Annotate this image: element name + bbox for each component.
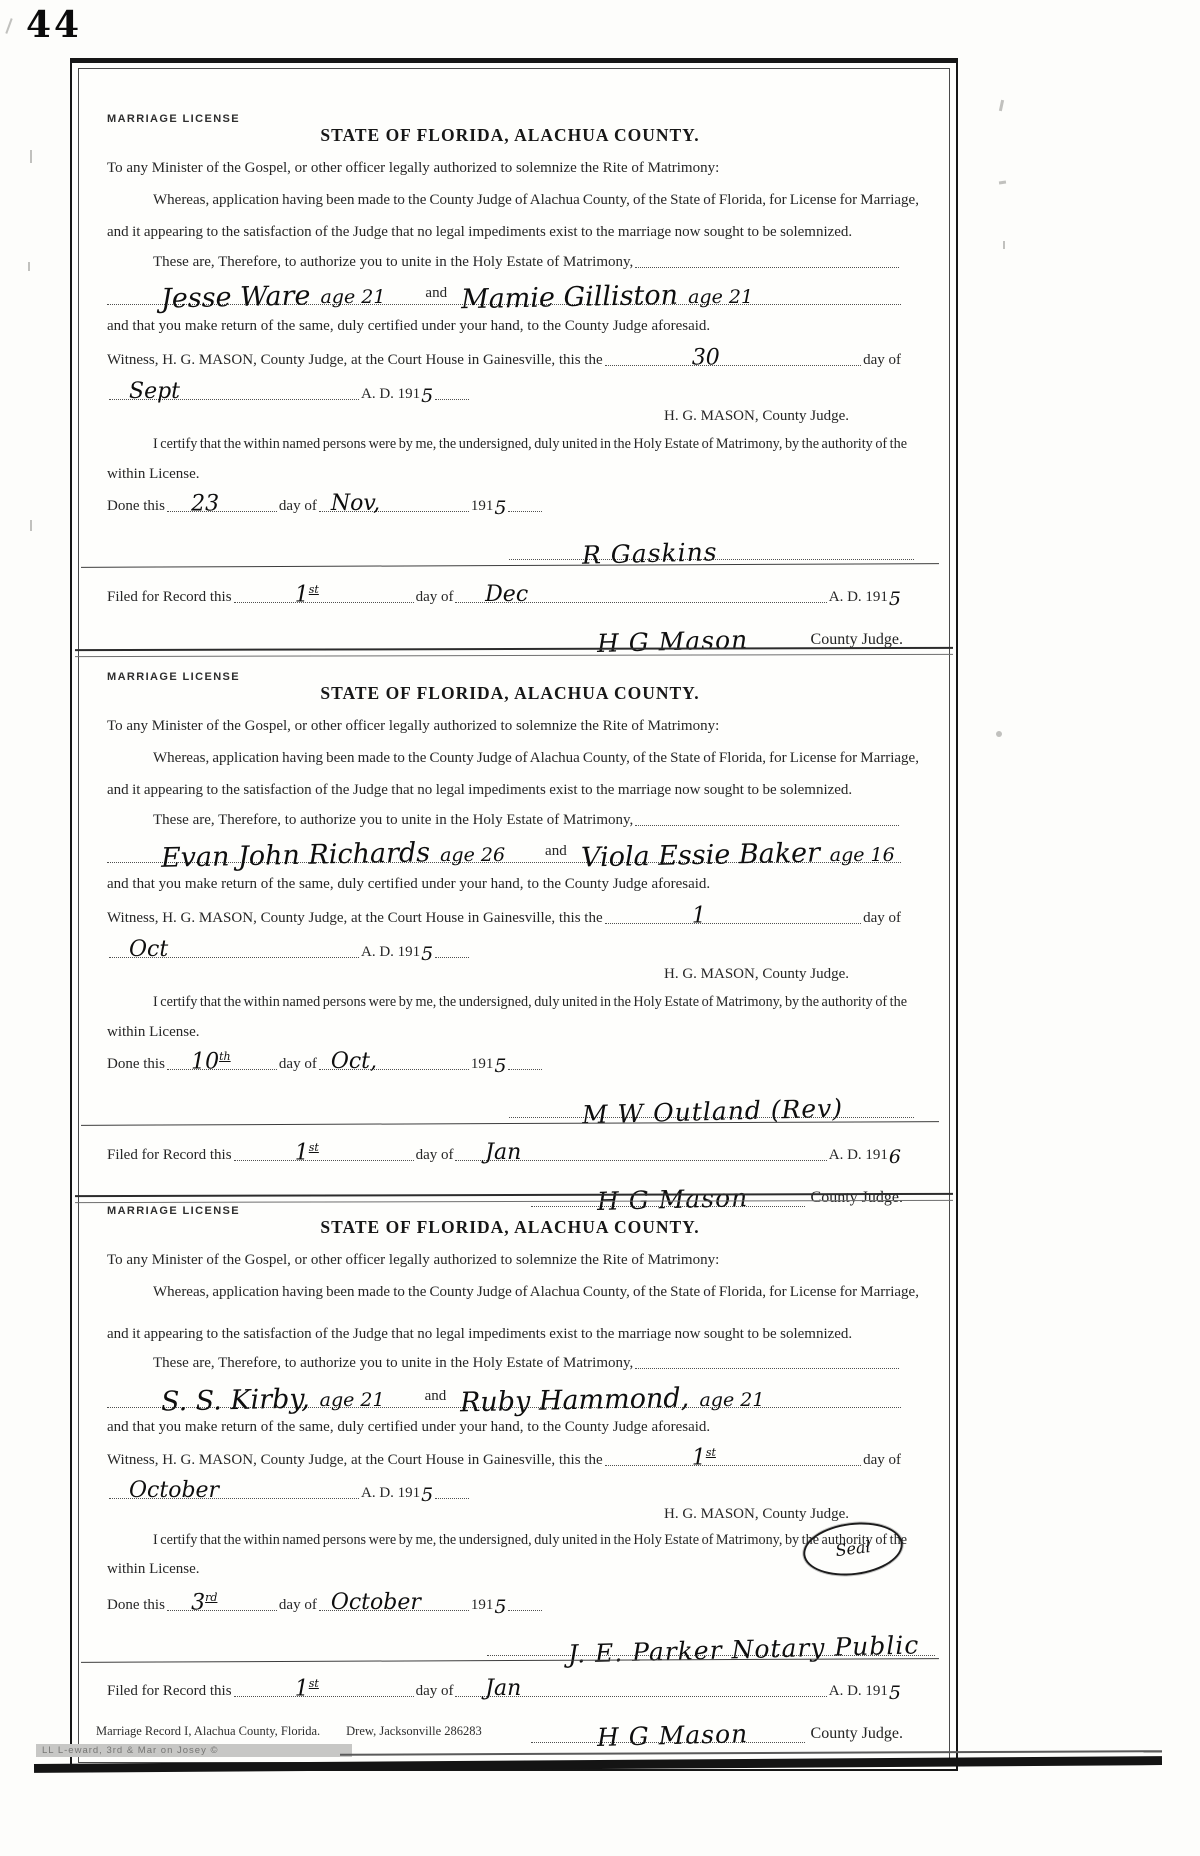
section-rule — [81, 1121, 939, 1126]
day-of-label: day of — [863, 1452, 901, 1469]
done-line: Done this 10th day of Oct, 191 5 — [107, 1056, 577, 1073]
year-label: 191 — [471, 498, 494, 515]
bride-age-handwriting: age 21 — [688, 288, 753, 307]
dotted-rule: 1st — [234, 1155, 414, 1161]
and-connector: and — [425, 285, 447, 302]
dotted-rule: 1 — [605, 918, 861, 924]
filed-month-handwriting: Dec — [485, 584, 528, 606]
license-month-handwriting: Oct — [129, 939, 168, 961]
filed-month-handwriting: Jan — [485, 1678, 521, 1700]
names-line: S. S. Kirby, age 21 and Ruby Hammond, ag… — [107, 1371, 901, 1408]
witness-text: Witness, H. G. MASON, County Judge, at t… — [107, 352, 603, 369]
married-month-handwriting: October — [331, 1592, 421, 1614]
done-this-label: Done this — [107, 498, 165, 515]
witness-line: Witness, H. G. MASON, County Judge, at t… — [107, 352, 901, 369]
certify-line-1: I certify that the within named persons … — [107, 1532, 901, 1549]
clerk-signature-row: H G Mason County Judge. — [531, 1705, 903, 1743]
filed-text: Filed for Record this — [107, 589, 232, 606]
dotted-rule: 23 — [167, 506, 277, 512]
license-year-digit-handwriting: 5 — [421, 387, 433, 406]
license-month-handwriting: Sept — [129, 381, 180, 403]
salutation-line: To any Minister of the Gospel, or other … — [107, 160, 901, 177]
bride-age-handwriting: age 21 — [699, 1391, 764, 1410]
certify-line-1: I certify that the within named persons … — [107, 994, 901, 1011]
groom-name-handwriting: S. S. Kirby, — [161, 1385, 310, 1415]
license-day-handwriting: 1 — [692, 905, 706, 927]
judge-name-line: H. G. MASON, County Judge. — [107, 1506, 901, 1523]
whereas-line-2: and it appearing to the satisfaction of … — [107, 782, 901, 799]
day-of-label: day of — [279, 1597, 317, 1614]
license-month-line: Oct A. D. 191 5 — [107, 944, 901, 961]
witness-line: Witness, H. G. MASON, County Judge, at t… — [107, 910, 901, 927]
done-line: Done this 3rd day of October 191 5 — [107, 1597, 577, 1614]
filed-year-digit-handwriting: 6 — [889, 1148, 901, 1167]
ad-year-label: A. D. 191 — [361, 386, 420, 403]
day-of-label: day of — [416, 1147, 454, 1164]
whereas-line-1: Whereas, application having been made to… — [107, 1284, 901, 1301]
groom-name-handwriting: Jesse Ware — [161, 282, 311, 312]
dotted-rule — [508, 1605, 542, 1611]
day-of-label: day of — [416, 1683, 454, 1700]
filed-day-handwriting: 1st — [295, 584, 319, 606]
certify-line-2: within License. — [107, 1561, 901, 1578]
certify-line-1: I certify that the within named persons … — [107, 436, 901, 453]
dotted-rule — [508, 506, 542, 512]
married-year-digit-handwriting: 5 — [494, 499, 506, 518]
edge-strip: LL L-eward, 3rd & Mar on Josey © — [36, 1744, 352, 1757]
page-number: 44 — [26, 4, 82, 46]
married-day-handwriting: 3rd — [191, 1592, 217, 1614]
license-year-digit-handwriting: 5 — [421, 1486, 433, 1505]
officiant-signature-rule: R Gaskins — [509, 517, 914, 560]
bride-name-handwriting: Ruby Hammond, — [460, 1385, 690, 1417]
witness-text: Witness, H. G. MASON, County Judge, at t… — [107, 1452, 603, 1469]
married-day-handwriting: 23 — [191, 493, 219, 515]
bride-name-handwriting: Mamie Gilliston — [461, 282, 679, 314]
done-line: Done this 23 day of Nov, 191 5 — [107, 498, 577, 515]
whereas-line-1: Whereas, application having been made to… — [107, 192, 901, 209]
form-label: MARRIAGE LICENSE — [107, 671, 901, 683]
filed-day-handwriting: 1st — [295, 1678, 319, 1700]
scan-speck — [999, 181, 1006, 185]
witness-text: Witness, H. G. MASON, County Judge, at t… — [107, 910, 603, 927]
dotted-rule: October — [109, 1493, 359, 1499]
day-of-label: day of — [279, 1056, 317, 1073]
marriage-license-form-1: MARRIAGE LICENSE STATE OF FLORIDA, ALACH… — [79, 113, 941, 653]
scan-speck — [28, 262, 30, 271]
scan-speck — [996, 731, 1002, 737]
dotted-rule: Dec — [455, 597, 826, 603]
form-label: MARRIAGE LICENSE — [107, 1205, 901, 1217]
book-imprint-left: Marriage Record I, Alachua County, Flori… — [96, 1724, 320, 1738]
married-month-handwriting: Oct, — [331, 1051, 377, 1073]
salutation-line: To any Minister of the Gospel, or other … — [107, 1252, 901, 1269]
marriage-license-form-3: MARRIAGE LICENSE STATE OF FLORIDA, ALACH… — [79, 1205, 941, 1805]
groom-age-handwriting: age 26 — [440, 846, 505, 865]
dotted-rule: October — [319, 1605, 469, 1611]
dotted-rule: Sept — [109, 394, 359, 400]
dotted-rule: 1st — [234, 597, 414, 603]
witness-line: Witness, H. G. MASON, County Judge, at t… — [107, 1452, 901, 1469]
day-of-label: day of — [416, 589, 454, 606]
document-frame: MARRIAGE LICENSE STATE OF FLORIDA, ALACH… — [70, 58, 958, 1771]
married-month-handwriting: Nov, — [331, 493, 380, 515]
day-of-label: day of — [863, 352, 901, 369]
certify-line-2: within License. — [107, 1024, 901, 1041]
whereas-line-2: and it appearing to the satisfaction of … — [107, 224, 901, 241]
dotted-rule: 30 — [605, 360, 861, 366]
dotted-rule: Jan — [455, 1691, 826, 1697]
return-line: and that you make return of the same, du… — [107, 1419, 901, 1436]
authorize-text: These are, Therefore, to authorize you t… — [153, 1355, 633, 1372]
dotted-rule: Jan — [455, 1155, 826, 1161]
groom-age-handwriting: age 21 — [320, 288, 385, 307]
dotted-rule — [508, 1064, 542, 1070]
scan-speck — [30, 150, 32, 163]
return-line: and that you make return of the same, du… — [107, 318, 901, 335]
scan-speck — [999, 100, 1004, 111]
ad-year-label: A. D. 191 — [361, 1485, 420, 1502]
license-day-handwriting: 30 — [692, 347, 720, 369]
clerk-signature-handwriting: H G Mason — [596, 1721, 748, 1750]
dotted-rule: Nov, — [319, 506, 469, 512]
done-this-label: Done this — [107, 1056, 165, 1073]
dotted-rule — [435, 394, 469, 400]
filed-line: Filed for Record this 1st day of Jan A. … — [107, 1147, 901, 1164]
judge-name-line: H. G. MASON, County Judge. — [107, 408, 901, 425]
scan-speck — [1003, 241, 1005, 249]
clerk-signature-row: H G Mason County Judge. — [531, 611, 903, 649]
married-year-digit-handwriting: 5 — [494, 1057, 506, 1076]
officiant-signature-rule: M W Outland (Rev) — [509, 1075, 914, 1118]
dotted-rule — [435, 1493, 469, 1499]
day-of-label: day of — [863, 910, 901, 927]
scan-speck — [30, 520, 32, 531]
dotted-rule: 1st — [234, 1691, 414, 1697]
judge-name-line: H. G. MASON, County Judge. — [107, 966, 901, 983]
license-day-handwriting: 1st — [692, 1447, 716, 1469]
license-month-handwriting: October — [129, 1480, 219, 1502]
certify-line-2: within License. — [107, 466, 901, 483]
whereas-line-1: Whereas, application having been made to… — [107, 750, 901, 767]
form-title: STATE OF FLORIDA, ALACHUA COUNTY. — [79, 683, 941, 704]
filed-day-handwriting: 1st — [295, 1142, 319, 1164]
scanned-record-page: 44 MARRIAGE LICENSE STATE OF FLORIDA, AL… — [0, 0, 1200, 1856]
filed-year-digit-handwriting: 5 — [889, 1684, 901, 1703]
done-this-label: Done this — [107, 1597, 165, 1614]
filed-text: Filed for Record this — [107, 1147, 232, 1164]
dotted-rule: 1st — [605, 1460, 861, 1466]
license-month-line: Sept A. D. 191 5 — [107, 386, 901, 403]
license-year-digit-handwriting: 5 — [421, 945, 433, 964]
dotted-rule: 10th — [167, 1064, 277, 1070]
filed-line: Filed for Record this 1st day of Dec A. … — [107, 589, 901, 606]
authorize-line: These are, Therefore, to authorize you t… — [107, 1355, 901, 1372]
groom-name-handwriting: Evan John Richards — [161, 839, 431, 872]
names-line: Jesse Ware age 21 and Mamie Gilliston ag… — [107, 268, 901, 305]
ad-year-label: A. D. 191 — [829, 589, 888, 606]
edge-text: LL L-eward, 3rd & Mar on Josey © — [36, 1745, 218, 1756]
married-day-handwriting: 10th — [191, 1051, 231, 1073]
seal-text: Seal — [835, 1539, 872, 1559]
ad-year-label: A. D. 191 — [361, 944, 420, 961]
ad-year-label: A. D. 191 — [829, 1147, 888, 1164]
and-connector: and — [545, 843, 567, 860]
officiant-signature-rule: J. E. Parker Notary Public — [487, 1613, 935, 1656]
form-label: MARRIAGE LICENSE — [107, 113, 901, 125]
whereas-line-2: and it appearing to the satisfaction of … — [107, 1326, 901, 1343]
groom-age-handwriting: age 21 — [320, 1391, 385, 1410]
filed-month-handwriting: Jan — [485, 1142, 521, 1164]
names-line: Evan John Richards age 26 and Viola Essi… — [107, 826, 901, 863]
salutation-line: To any Minister of the Gospel, or other … — [107, 718, 901, 735]
dotted-rule: 3rd — [167, 1605, 277, 1611]
year-label: 191 — [471, 1056, 494, 1073]
license-month-line: October A. D. 191 5 — [107, 1485, 901, 1502]
year-label: 191 — [471, 1597, 494, 1614]
dotted-rule — [435, 952, 469, 958]
book-imprint-right: Drew, Jacksonville 286283 — [346, 1724, 482, 1738]
form-title: STATE OF FLORIDA, ALACHUA COUNTY. — [79, 1217, 941, 1238]
scan-speck — [5, 18, 12, 34]
officiant-signature-handwriting: J. E. Parker Notary Public — [567, 1632, 919, 1666]
bride-name-handwriting: Viola Essie Baker — [580, 839, 820, 871]
return-line: and that you make return of the same, du… — [107, 876, 901, 893]
filed-text: Filed for Record this — [107, 1683, 232, 1700]
dotted-rule: Oct, — [319, 1064, 469, 1070]
form-divider — [75, 647, 953, 657]
filed-line: Filed for Record this 1st day of Jan A. … — [107, 1683, 901, 1700]
ad-year-label: A. D. 191 — [829, 1683, 888, 1700]
dotted-rule: Oct — [109, 952, 359, 958]
section-rule — [81, 563, 939, 568]
day-of-label: day of — [279, 498, 317, 515]
and-connector: and — [425, 1388, 447, 1405]
book-imprint: Marriage Record I, Alachua County, Flori… — [96, 1724, 482, 1739]
form-title: STATE OF FLORIDA, ALACHUA COUNTY. — [79, 125, 941, 146]
marriage-license-form-2: MARRIAGE LICENSE STATE OF FLORIDA, ALACH… — [79, 671, 941, 1211]
bride-age-handwriting: age 16 — [830, 846, 895, 865]
dotted-rule — [635, 1363, 899, 1369]
filed-year-digit-handwriting: 5 — [889, 590, 901, 609]
clerk-signature-rule: H G Mason — [531, 1736, 805, 1743]
county-judge-label: County Judge. — [811, 1725, 903, 1743]
